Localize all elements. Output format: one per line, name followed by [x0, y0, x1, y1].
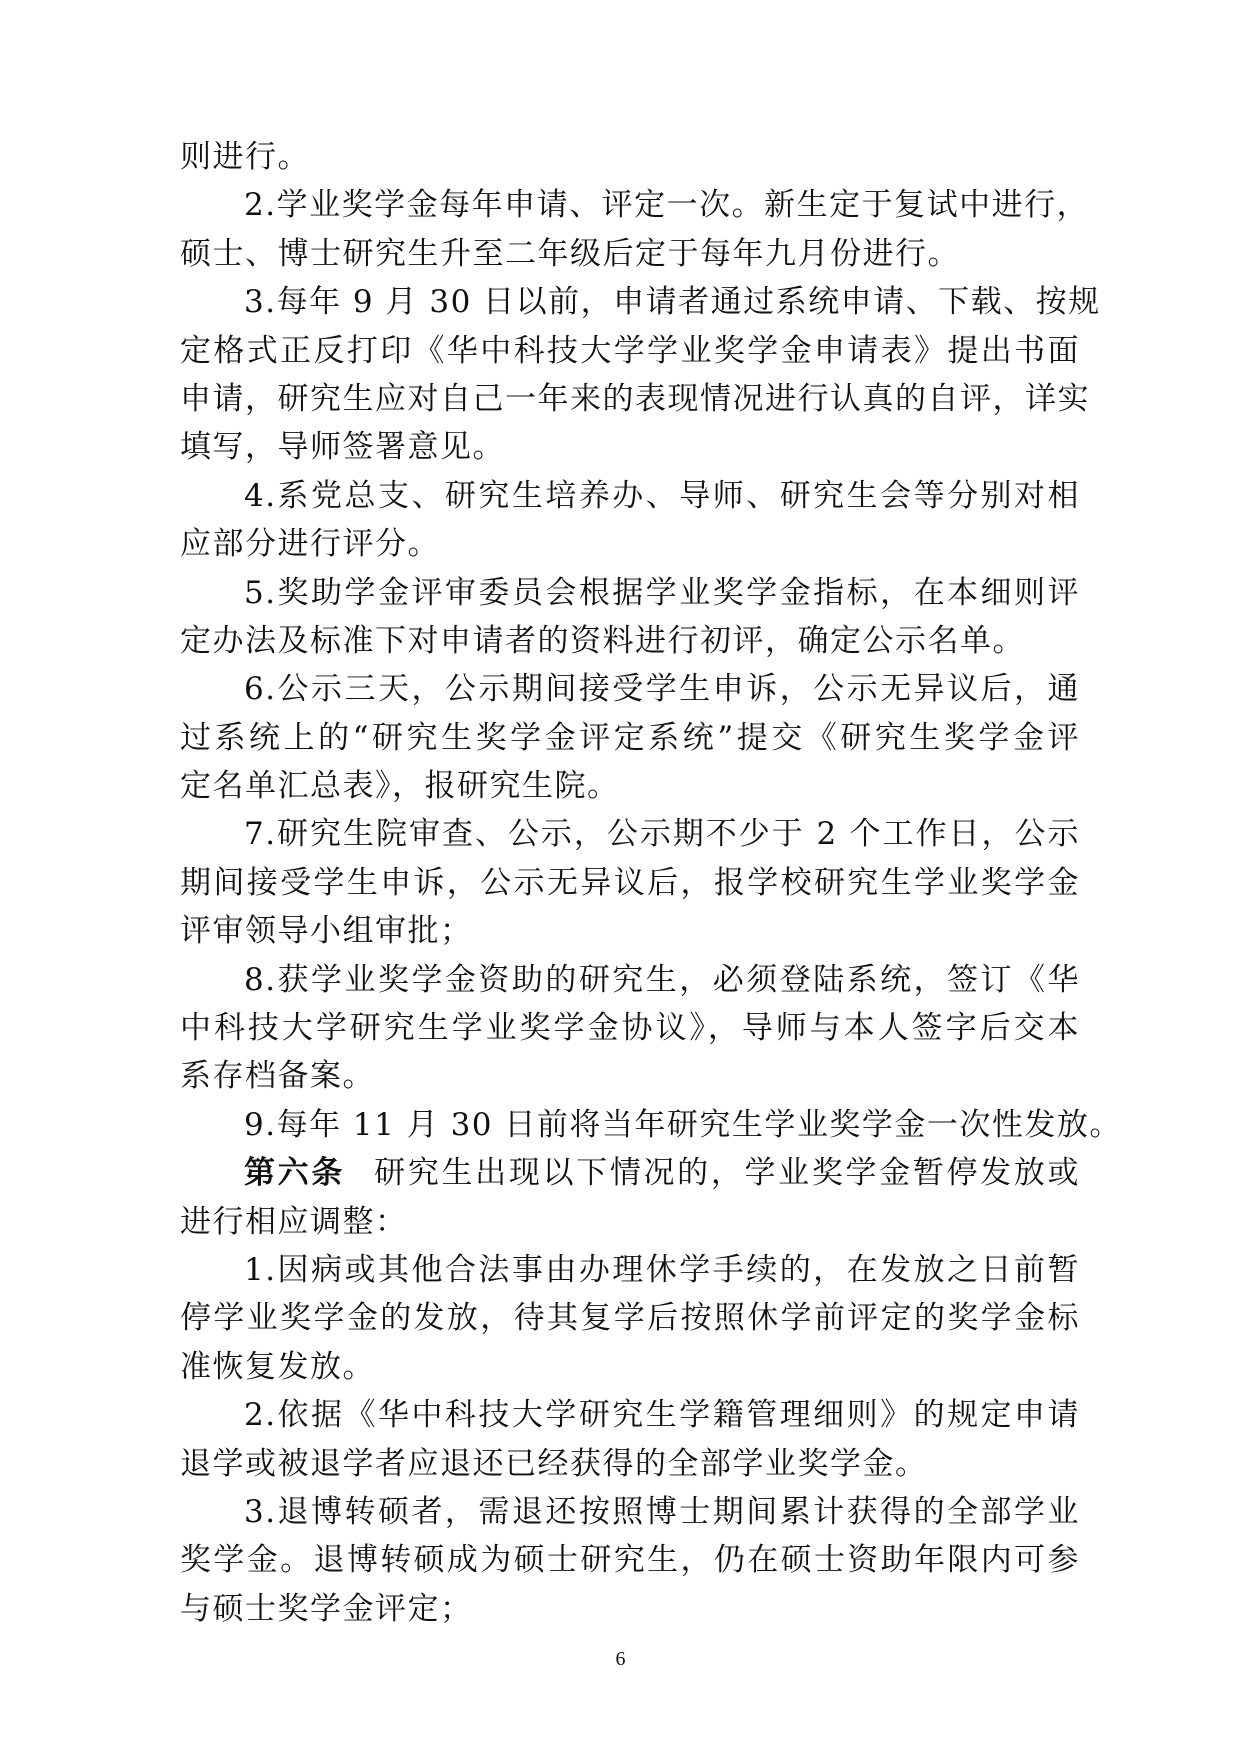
text-line: 定名单汇总表》，报研究生院。 — [180, 762, 1080, 810]
text-line: 过系统上的“研究生奖学金评定系统”提交《研究生奖学金评 — [180, 714, 1080, 762]
text-line: 定格式正反打印《华中科技大学学业奖学金申请表》提出书面 — [180, 327, 1080, 375]
text-line: 期间接受学生申诉，公示无异议后，报学校研究生学业奖学金 — [180, 859, 1080, 907]
text-line: 应部分进行评分。 — [180, 520, 1080, 568]
text-line: 定办法及标准下对申请者的资料进行初评，确定公示名单。 — [180, 617, 1080, 665]
text-line: 4.系党总支、研究生培养办、导师、研究生会等分别对相 — [180, 472, 1080, 520]
text-line: 进行相应调整： — [180, 1198, 1080, 1246]
text-line: 5.奖助学金评审委员会根据学业奖学金指标，在本细则评 — [180, 569, 1080, 617]
text-line: 2.依据《华中科技大学研究生学籍管理细则》的规定申请 — [180, 1391, 1080, 1439]
text-line: 准恢复发放。 — [180, 1343, 1080, 1391]
text-line: 3.退博转硕者，需退还按照博士期间累计获得的全部学业 — [180, 1488, 1080, 1536]
text-line: 填写，导师签署意见。 — [180, 423, 1080, 471]
text-line: 奖学金。退博转硕成为硕士研究生，仍在硕士资助年限内可参 — [180, 1536, 1080, 1584]
text-line: 1.因病或其他合法事由办理休学手续的，在发放之日前暂 — [180, 1246, 1080, 1294]
text-line: 与硕士奖学金评定； — [180, 1585, 1080, 1633]
text-line: 8.获学业奖学金资助的研究生，必须登陆系统，签订《华 — [180, 956, 1080, 1004]
document-body: 则进行。 2.学业奖学金每年申请、评定一次。新生定于复试中进行， 硕士、博士研究… — [180, 133, 1080, 1633]
article-heading-line: 第六条研究生出现以下情况的，学业奖学金暂停发放或 — [180, 1149, 1080, 1197]
article-heading: 第六条 — [244, 1155, 345, 1191]
text-line: 停学业奖学金的发放，待其复学后按照休学前评定的奖学金标 — [180, 1294, 1080, 1342]
text-line: 退学或被退学者应退还已经获得的全部学业奖学金。 — [180, 1440, 1080, 1488]
article-text: 研究生出现以下情况的，学业奖学金暂停发放或 — [373, 1155, 1080, 1191]
text-line: 7.研究生院审查、公示，公示期不少于 2 个工作日，公示 — [180, 810, 1080, 858]
page-number: 6 — [0, 1648, 1241, 1671]
text-line: 6.公示三天，公示期间接受学生申诉，公示无异议后，通 — [180, 665, 1080, 713]
text-line: 中科技大学研究生学业奖学金协议》，导师与本人签字后交本 — [180, 1004, 1080, 1052]
text-line: 硕士、博士研究生升至二年级后定于每年九月份进行。 — [180, 230, 1080, 278]
text-line: 评审领导小组审批； — [180, 907, 1080, 955]
text-line: 9.每年 11 月 30 日前将当年研究生学业奖学金一次性发放。 — [180, 1101, 1080, 1149]
text-line: 系存档备案。 — [180, 1052, 1080, 1100]
text-line: 3.每年 9 月 30 日以前，申请者通过系统申请、下载、按规 — [180, 278, 1080, 326]
text-line: 申请，研究生应对自己一年来的表现情况进行认真的自评，详实 — [180, 375, 1080, 423]
text-line: 2.学业奖学金每年申请、评定一次。新生定于复试中进行， — [180, 181, 1080, 229]
text-line: 则进行。 — [180, 133, 1080, 181]
